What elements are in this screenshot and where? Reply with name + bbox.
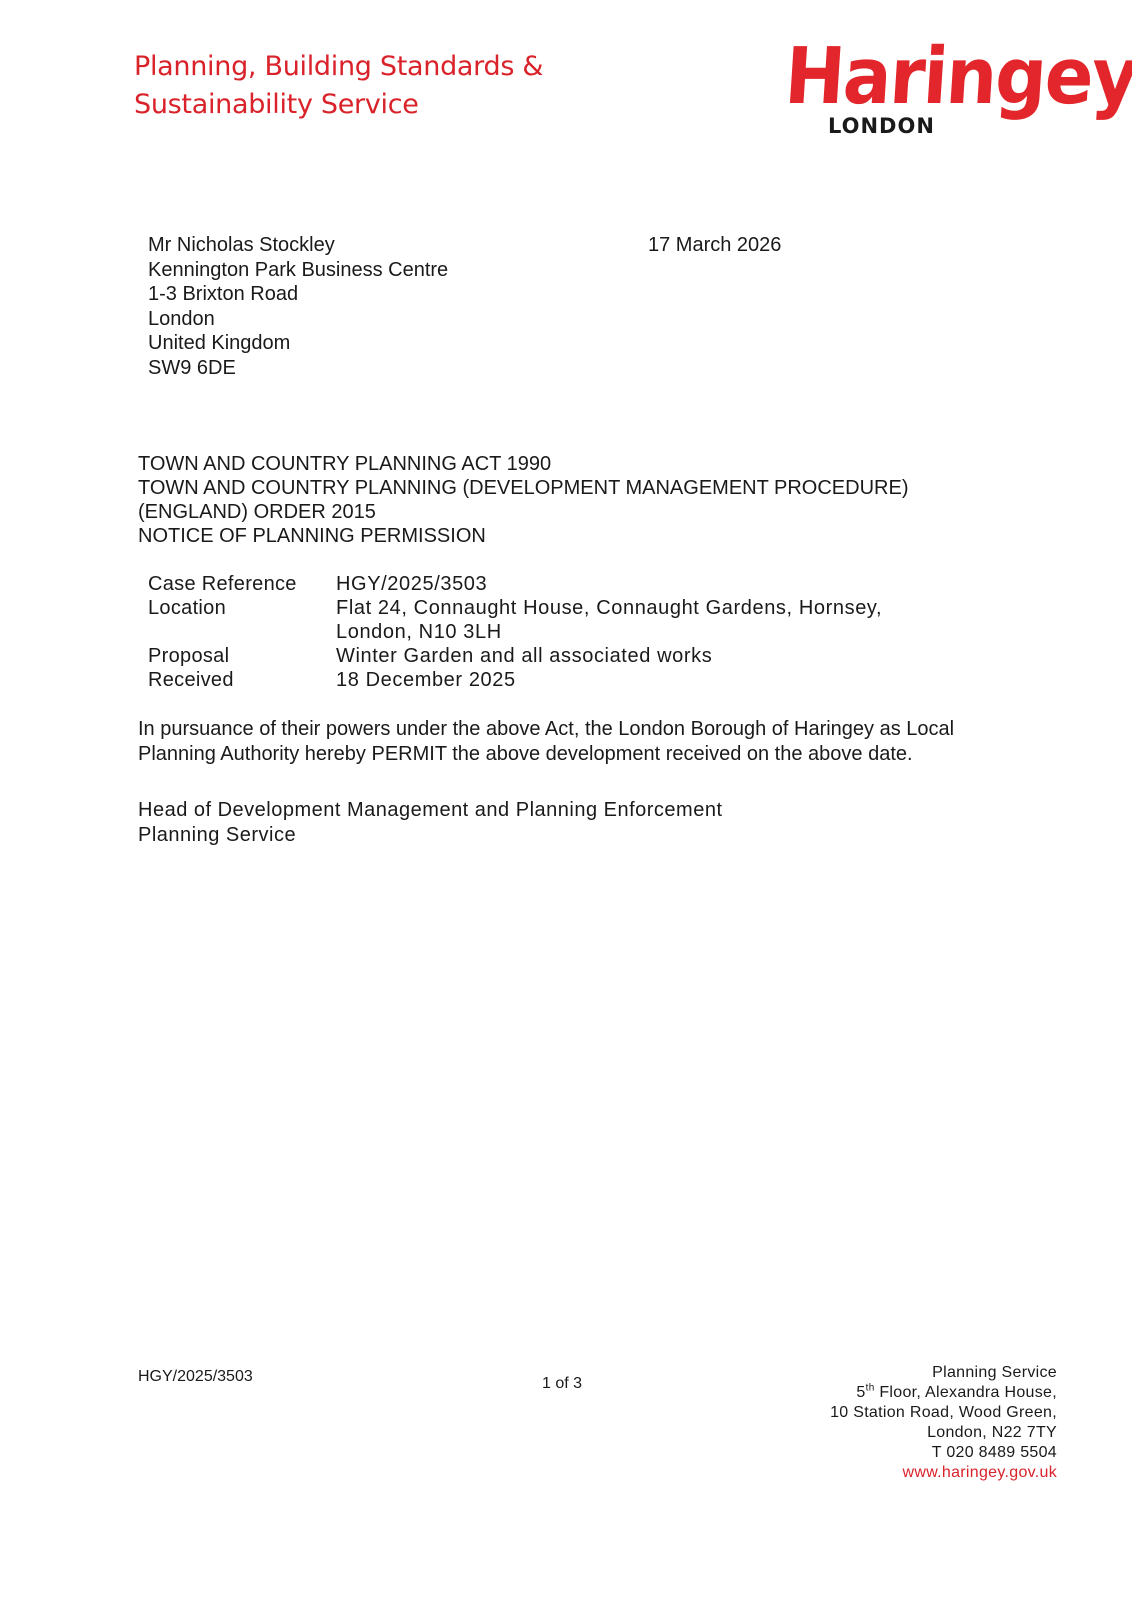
case-label: Proposal bbox=[148, 644, 336, 668]
haringey-logo: Haringey LONDON bbox=[788, 32, 1058, 142]
notice-heading: TOWN AND COUNTRY PLANNING ACT 1990 TOWN … bbox=[138, 452, 908, 548]
case-row-reference: Case Reference HGY/2025/3503 bbox=[148, 572, 936, 596]
service-title-line: Planning, Building Standards & bbox=[134, 48, 543, 86]
heading-line: TOWN AND COUNTRY PLANNING ACT 1990 bbox=[138, 452, 908, 476]
address-line: Kennington Park Business Centre bbox=[148, 258, 448, 283]
case-value: Flat 24, Connaught House, Connaught Gard… bbox=[336, 596, 936, 644]
page-number: 1 of 3 bbox=[542, 1375, 582, 1393]
floor-building: Floor, Alexandra House, bbox=[875, 1384, 1057, 1401]
case-row-location: Location Flat 24, Connaught House, Conna… bbox=[148, 596, 936, 644]
floor-suffix: th bbox=[866, 1383, 875, 1394]
signatory-title: Head of Development Management and Plann… bbox=[138, 798, 723, 823]
case-row-received: Received 18 December 2025 bbox=[148, 668, 936, 692]
case-details: Case Reference HGY/2025/3503 Location Fl… bbox=[148, 572, 936, 692]
permission-paragraph: In pursuance of their powers under the a… bbox=[138, 717, 1008, 766]
heading-line: NOTICE OF PLANNING PERMISSION bbox=[138, 524, 908, 548]
case-value: HGY/2025/3503 bbox=[336, 572, 936, 596]
logo-wordmark: Haringey bbox=[782, 32, 1132, 122]
footer-website-link[interactable]: www.haringey.gov.uk bbox=[830, 1463, 1057, 1483]
address-line: United Kingdom bbox=[148, 331, 448, 356]
floor-number: 5 bbox=[856, 1384, 865, 1401]
case-value: 18 December 2025 bbox=[336, 668, 936, 692]
footer-floor: 5th Floor, Alexandra House, bbox=[830, 1383, 1057, 1403]
service-title: Planning, Building Standards & Sustainab… bbox=[134, 48, 543, 124]
service-title-line: Sustainability Service bbox=[134, 86, 543, 124]
case-label: Location bbox=[148, 596, 336, 644]
case-label: Received bbox=[148, 668, 336, 692]
footer-reference: HGY/2025/3503 bbox=[138, 1368, 253, 1386]
footer-street: 10 Station Road, Wood Green, bbox=[830, 1403, 1057, 1423]
letter-date: 17 March 2026 bbox=[648, 233, 781, 258]
case-row-proposal: Proposal Winter Garden and all associate… bbox=[148, 644, 936, 668]
recipient-name: Mr Nicholas Stockley bbox=[148, 233, 448, 258]
address-line: 1-3 Brixton Road bbox=[148, 282, 448, 307]
footer-service: Planning Service bbox=[830, 1363, 1057, 1383]
address-postcode: SW9 6DE bbox=[148, 356, 448, 381]
case-value: Winter Garden and all associated works bbox=[336, 644, 936, 668]
logo-subtitle: LONDON bbox=[828, 114, 935, 138]
signature-block: Head of Development Management and Plann… bbox=[138, 798, 723, 847]
footer-city: London, N22 7TY bbox=[830, 1423, 1057, 1443]
footer-phone: T 020 8489 5504 bbox=[830, 1443, 1057, 1463]
recipient-address: Mr Nicholas Stockley Kennington Park Bus… bbox=[148, 233, 448, 380]
address-line: London bbox=[148, 307, 448, 332]
case-label: Case Reference bbox=[148, 572, 336, 596]
heading-line: TOWN AND COUNTRY PLANNING (DEVELOPMENT M… bbox=[138, 476, 908, 500]
heading-line: (ENGLAND) ORDER 2015 bbox=[138, 500, 908, 524]
footer-address: Planning Service 5th Floor, Alexandra Ho… bbox=[830, 1363, 1057, 1483]
signatory-department: Planning Service bbox=[138, 823, 723, 848]
